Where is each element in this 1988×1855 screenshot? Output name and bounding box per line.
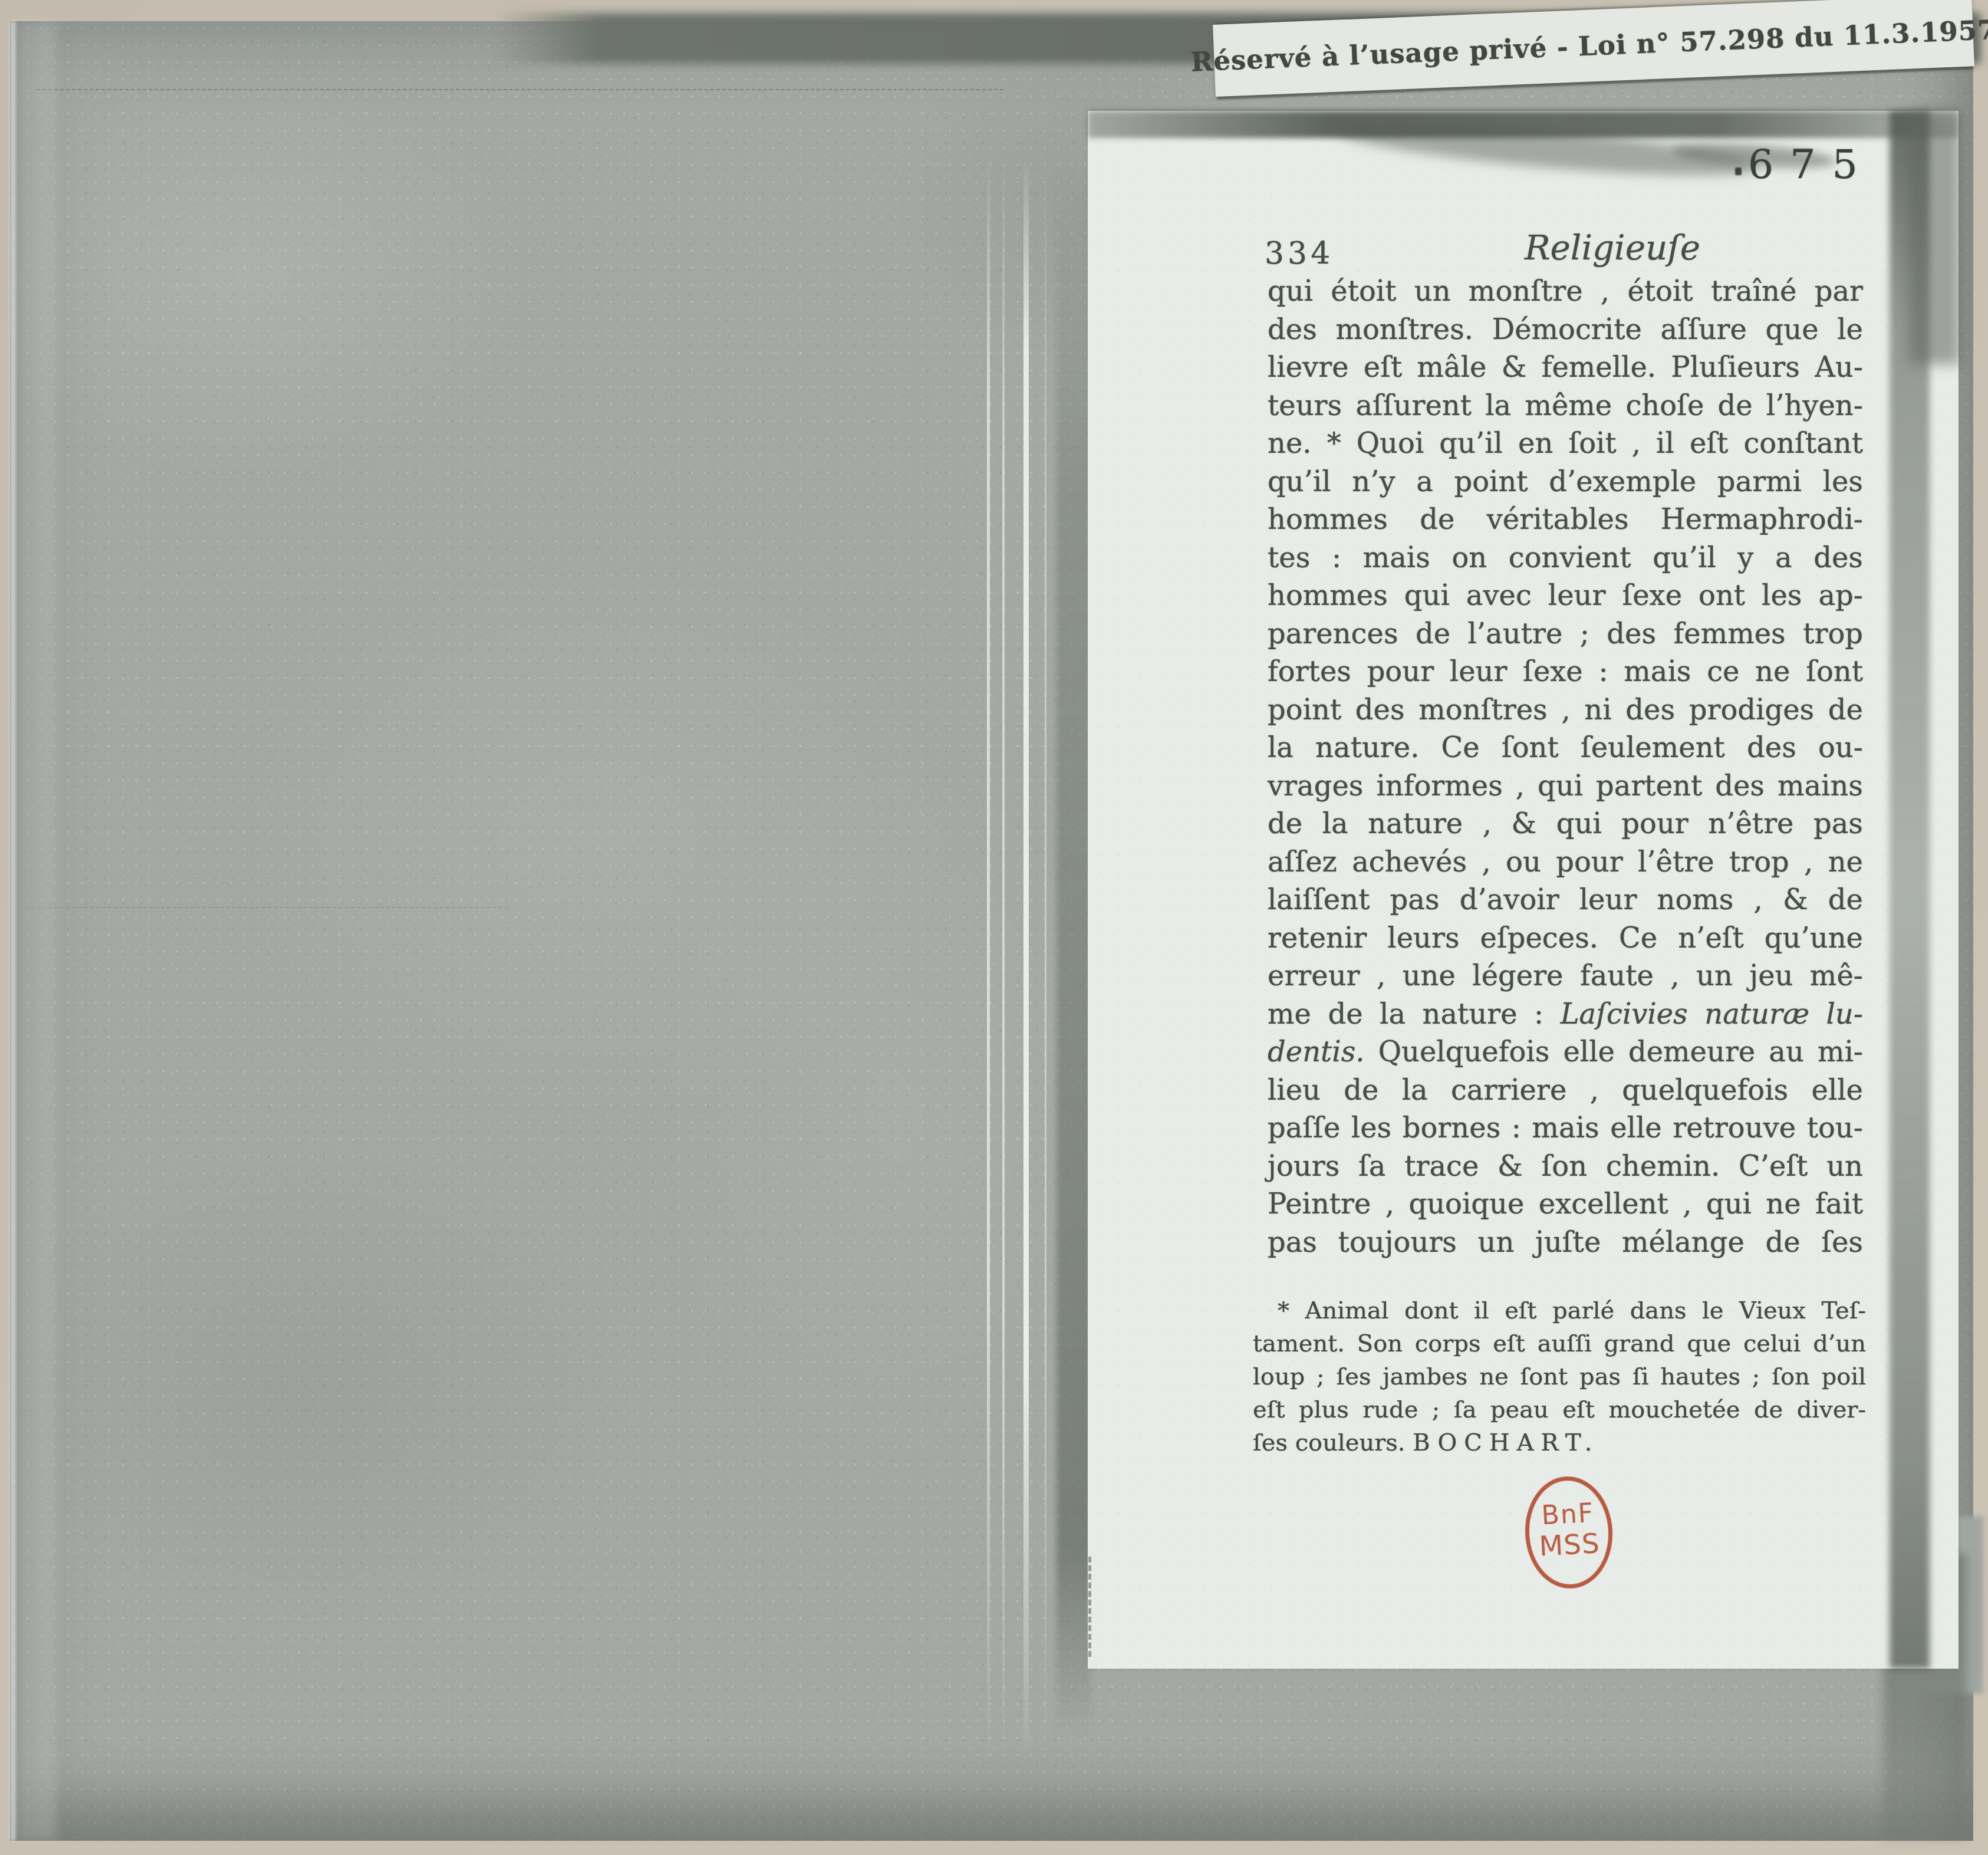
text-line: paſſe les bornes : mais elle retrouve to… [1268,1109,1863,1147]
text-line: fortes pour leur ſexe : mais ce ne ſont [1268,653,1863,691]
page-gutter-shadow [1056,169,1091,1737]
left-edge-marks [1088,1557,1091,1657]
page-number: 334 [1265,236,1334,271]
film-scratch-line [1023,157,1029,1767]
film-scratch-line [1002,157,1005,1767]
horizontal-scratch [37,89,1003,90]
book-page: 675 334 Religieuſe qui étoit un monſtre … [1088,111,1959,1669]
text-line: ſes couleurs. BOCHART. [1253,1426,1866,1459]
film-scratch-line [987,157,990,1767]
text-line: la nature. Ce ſont ſeulement des ou- [1268,729,1863,767]
folio-number: 675 [1748,142,1901,188]
text-line: pas toujours un juſte mélange de ſes [1268,1223,1863,1262]
archive-label-text: Réservé à l’usage privé - Loi n° 57.298 … [1190,14,1988,77]
film-scratch-line [1045,157,1046,1767]
text-line: tament. Son corps eſt auſſi grand que ce… [1253,1327,1866,1360]
body-text: qui étoit un monſtre , étoit traîné pard… [1268,272,1863,1261]
text-line: erreur , une légere faute , un jeu mê- [1268,957,1863,995]
text-line: teurs aſſurent la même choſe de l’hyen- [1268,387,1863,425]
text-line: eſt plus rude ; ſa peau eſt mouchetée de… [1253,1393,1866,1426]
text-line: laiſſent pas d’avoir leur noms , & de [1268,881,1863,919]
text-line: jours ſa trace & ſon chemin. C’eſt un [1268,1147,1863,1186]
text-line: vrages informes , qui partent des mains [1268,767,1863,805]
text-line: ne. * Quoi qu’il en ſoit , il eſt conſta… [1268,425,1863,463]
text-line: qu’il n’y a point d’exemple parmi les [1268,463,1863,501]
text-line: aſſez achevés , ou pour l’être trop , ne [1268,843,1863,882]
film-edge-glow [15,21,56,1841]
text-line: Peintre , quoique excellent , qui ne fai… [1268,1185,1863,1223]
stamp-line-1: BnF [1528,1499,1608,1531]
footnote-text: * Animal dont il eſt parlé dans le Vieux… [1253,1294,1866,1459]
text-line: retenir leurs eſpeces. Ce n’eſt qu’une [1268,919,1863,958]
page-header: 334 Religieuſe [1088,228,1959,278]
running-title: Religieuſe [1465,228,1760,268]
text-line: tes : mais on convient qu’il y a des [1268,539,1863,577]
stamp-line-2: MSS [1529,1527,1610,1564]
ink-dot [1735,167,1742,175]
text-line: lievre eſt mâle & femelle. Pluſieurs Au- [1268,348,1863,387]
text-line: parences de l’autre ; des femmes trop [1268,615,1863,653]
text-line: qui étoit un monſtre , étoit traîné par [1268,272,1863,311]
text-line: loup ; ſes jambes ne ſont pas ſi hautes … [1253,1360,1866,1393]
horizontal-scratch [25,907,508,908]
text-line: hommes qui avec leur ſexe ont les ap- [1268,577,1863,615]
text-line: dentis. Quelquefois elle demeure au mi- [1268,1033,1863,1071]
text-line: * Animal dont il eſt parlé dans le Vieux… [1253,1294,1866,1327]
scanned-page-photograph: 675 334 Religieuſe qui étoit un monſtre … [0,0,1988,1855]
text-line: hommes de véritables Hermaphrodi- [1268,501,1863,539]
text-line: me de la nature : Laſcivies naturæ lu- [1268,995,1863,1034]
text-line: lieu de la carriere , quelquefois elle [1268,1071,1863,1110]
text-line: de la nature , & qui pour n’être pas [1268,805,1863,843]
text-line: point des monſtres , ni des prodiges de [1268,691,1863,729]
text-line: des monſtres. Démocrite aſſure que le [1268,311,1863,349]
